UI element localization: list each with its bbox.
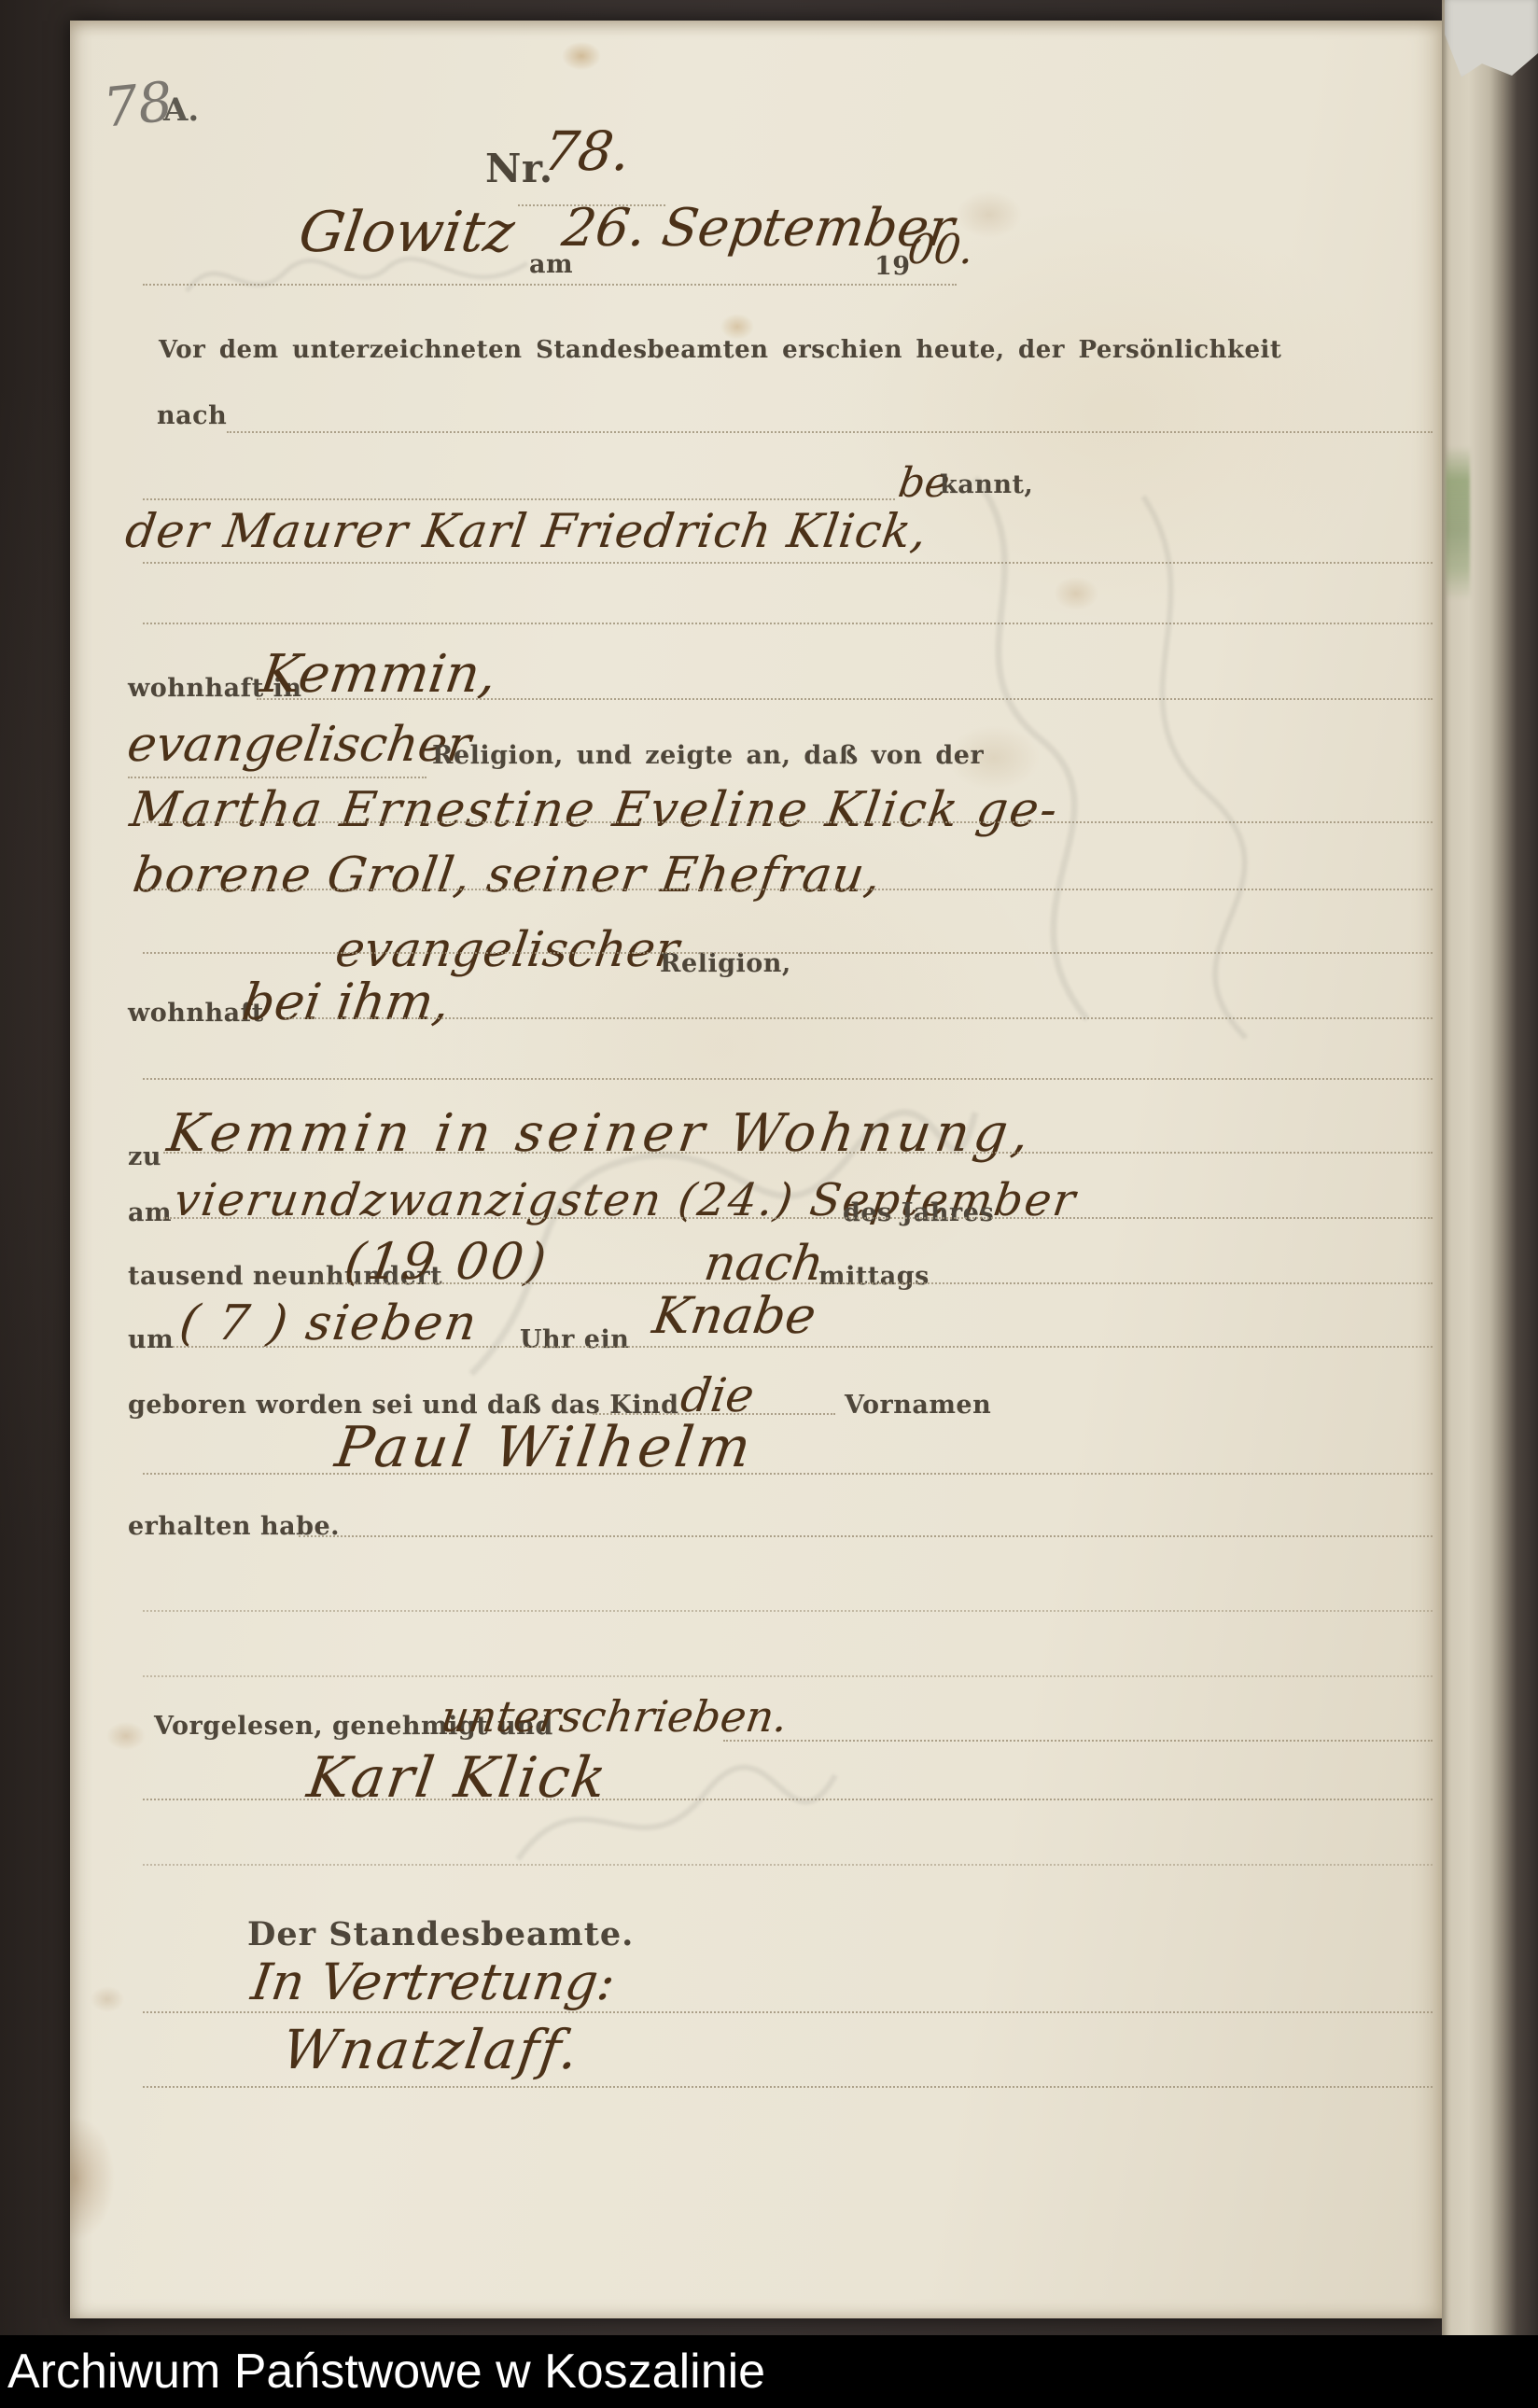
year-handwritten: 00. [904,226,976,273]
religion1-printed: Religion, und zeigte an, daß von der [432,741,984,770]
zu-label: zu [128,1142,161,1171]
ink-bleedthrough-mark [182,235,537,319]
child-names: Paul Wilhelm [331,1415,758,1480]
adjacent-page-edge [1442,0,1538,2408]
dotted-rule [143,2011,1433,2013]
record-number-value: 78. [539,119,635,183]
intro-text: Vor dem unterzeichneten Standesbeamten e… [159,336,1281,364]
record-date: 26. September [558,198,958,259]
residence-value: Kemmin, [257,644,500,705]
dotted-rule [723,1740,1433,1742]
um-label: um [128,1325,174,1354]
scanned-archive-photo: { "archive": { "watermark": "Archiwum Pa… [0,0,1538,2408]
ink-bleedthrough-mark [462,1075,985,1411]
ink-bleedthrough-mark [509,1747,845,1897]
dotted-rule [143,498,895,500]
am2-label: am [128,1198,172,1227]
nach-label: nach [157,401,227,430]
ink-bleedthrough-mark [938,459,1330,1057]
declarant-line: der Maurer Karl Friedrich Klick, [122,504,931,558]
archive-watermark-text: Archiwum Państwowe w Koszalinie [7,2335,765,2408]
closing-handwritten: unterschrieben. [438,1691,790,1742]
mother-line2: borene Groll, seiner Ehefrau, [130,847,886,903]
dotted-rule [143,2086,1433,2088]
religion1-handwritten: evangelischer [124,717,474,773]
edge-stamp-smudge [1446,446,1470,600]
dotted-rule [299,1535,1433,1537]
dotted-rule [227,431,1433,433]
hour-value: ( 7 ) sieben [176,1295,482,1351]
dotted-rule [143,1675,1433,1677]
dotted-rule [143,1473,1433,1475]
registry-page: 78 A. Nr. 78. Glowitz am 26. September 1… [70,21,1442,2318]
registrar-signature: Wnatzlaff. [278,2018,583,2081]
mother-line1: Martha Ernestine Eveline Klick ge- [127,782,1063,838]
dotted-rule [128,777,426,778]
deputy-note: In Vertretung: [248,1953,619,2011]
dotted-rule [143,1610,1433,1612]
religion2-handwritten: evangelischer [332,922,682,978]
residence2-value: bei ihm, [239,973,454,1031]
archive-watermark-bar: Archiwum Państwowe w Koszalinie [0,2335,1538,2408]
pencil-archival-suffix: A. [163,91,199,129]
registrar-title: Der Standesbeamte. [247,1915,634,1953]
